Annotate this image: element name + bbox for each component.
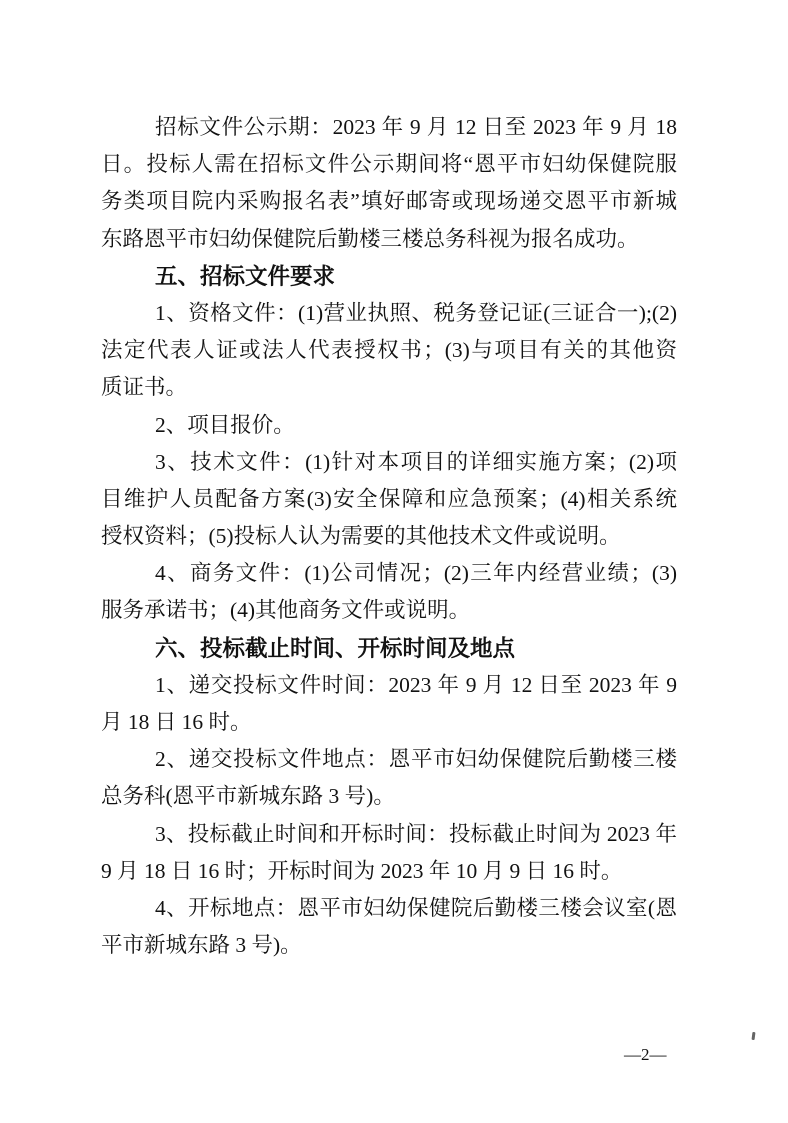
doc-line: 服务承诺书；(4)其他商务文件或说明。 [101, 592, 677, 629]
doc-line: 3、投标截止时间和开标时间：投标截止时间为 2023 年 [101, 816, 677, 853]
doc-line: 2、项目报价。 [101, 407, 677, 444]
doc-line: 2、递交投标文件地点：恩平市妇幼保健院后勤楼三楼 [101, 741, 677, 778]
doc-line: 法定代表人证或法人代表授权书；(3)与项目有关的其他资 [101, 332, 677, 369]
doc-line: 1、资格文件：(1)营业执照、税务登记证(三证合一);(2) [101, 295, 677, 332]
doc-line: 目维护人员配备方案(3)安全保障和应急预案；(4)相关系统 [101, 481, 677, 518]
scan-speck-artifact [752, 1032, 756, 1040]
doc-line: 授权资料；(5)投标人认为需要的其他技术文件或说明。 [101, 518, 677, 555]
scanned-document-page: 招标文件公示期：2023 年 9 月 12 日至 2023 年 9 月 18 日… [0, 0, 788, 1123]
doc-line: 3、技术文件：(1)针对本项目的详细实施方案；(2)项 [101, 444, 677, 481]
document-body: 招标文件公示期：2023 年 9 月 12 日至 2023 年 9 月 18 日… [101, 109, 677, 964]
doc-line: 总务科(恩平市新城东路 3 号)。 [101, 778, 677, 815]
doc-line: 日。投标人需在招标文件公示期间将“恩平市妇幼保健院服 [101, 146, 677, 183]
doc-line: 务类项目院内采购报名表”填好邮寄或现场递交恩平市新城 [101, 183, 677, 220]
doc-line: 平市新城东路 3 号)。 [101, 927, 677, 964]
doc-line: 招标文件公示期：2023 年 9 月 12 日至 2023 年 9 月 18 [101, 109, 677, 146]
doc-line: 9 月 18 日 16 时；开标时间为 2023 年 10 月 9 日 16 时… [101, 853, 677, 890]
section-heading-five: 五、招标文件要求 [101, 258, 677, 295]
doc-line: 4、商务文件：(1)公司情况；(2)三年内经营业绩；(3) [101, 555, 677, 592]
doc-line: 质证书。 [101, 369, 677, 406]
section-heading-six: 六、投标截止时间、开标时间及地点 [101, 630, 677, 667]
doc-line: 1、递交投标文件时间：2023 年 9 月 12 日至 2023 年 9 [101, 667, 677, 704]
doc-line: 4、开标地点：恩平市妇幼保健院后勤楼三楼会议室(恩 [101, 890, 677, 927]
doc-line: 月 18 日 16 时。 [101, 704, 677, 741]
doc-line: 东路恩平市妇幼保健院后勤楼三楼总务科视为报名成功。 [101, 221, 677, 258]
page-number: —2— [624, 1042, 684, 1068]
